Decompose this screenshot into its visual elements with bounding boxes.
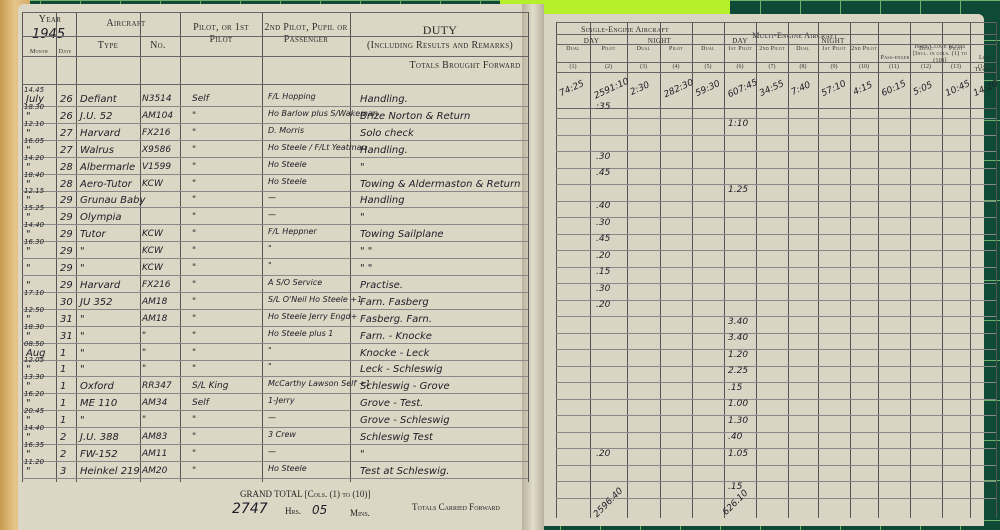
row-aircraft-no: KCW <box>142 179 163 189</box>
row-pilot: Self <box>192 398 209 408</box>
row-time: 11.20 <box>24 458 44 466</box>
row-duty: Solo check <box>360 128 414 139</box>
row-date: 1 <box>60 348 66 359</box>
row-aircraft-type: " <box>80 246 85 257</box>
grid-column-line <box>76 12 77 482</box>
row-duty: Farn. - Knocke <box>360 331 432 342</box>
row-time: 12.50 <box>24 306 44 314</box>
grand-total-minutes: 05 <box>312 503 327 517</box>
row-aircraft-no: KCW <box>142 263 163 273</box>
row-second-pilot: Ho Steele Jerry Engd+ <box>268 312 357 321</box>
row-second-pilot: " <box>268 261 272 270</box>
grid-column-line <box>627 22 628 518</box>
row-aircraft-type: " <box>80 331 85 342</box>
row-divider <box>22 275 528 276</box>
row-duty: " " <box>360 263 372 274</box>
row-date: 29 <box>60 195 73 206</box>
row-pilot: " <box>192 212 196 222</box>
row-divider <box>556 300 996 301</box>
row-divider <box>556 151 996 152</box>
grid-column-line <box>262 12 263 482</box>
row-date: 31 <box>60 314 73 325</box>
single-engine-day-pilot-entry: .20 <box>596 251 610 261</box>
row-time: 20.45 <box>24 407 44 415</box>
row-divider <box>22 207 528 208</box>
column-number: (4) <box>660 64 692 70</box>
hrs-label: Hrs. <box>285 506 301 516</box>
grid-column-line <box>22 12 23 482</box>
row-divider <box>556 217 996 218</box>
row-aircraft-no: FX216 <box>142 128 171 138</box>
row-time: 12.05 <box>24 356 44 364</box>
column-number: (2) <box>590 64 627 70</box>
row-time: 12.10 <box>24 120 44 128</box>
row-pilot: " <box>192 145 196 155</box>
totals-brought-forward-label: Totals Brought Forward <box>400 60 530 72</box>
column-number: (1) <box>556 64 590 70</box>
row-time: 14.20 <box>24 154 44 162</box>
row-divider <box>556 184 996 185</box>
row-aircraft-no: AM104 <box>142 111 173 121</box>
grid-row-line <box>556 72 996 73</box>
duty-subheader: (Including Results and Remarks) <box>350 40 530 52</box>
row-date: 29 <box>60 246 73 257</box>
row-pilot: " <box>192 162 196 172</box>
row-divider <box>556 168 996 169</box>
row-duty: Fasberg. Farn. <box>360 314 432 325</box>
row-aircraft-no: RR347 <box>142 381 172 391</box>
row-divider <box>556 316 996 317</box>
aircraft-header: Aircraft <box>76 18 176 30</box>
type-header: Type <box>76 40 140 52</box>
grid-column-line <box>878 22 879 518</box>
row-time: 16.05 <box>24 137 44 145</box>
row-duty: Schleswig Test <box>360 432 433 443</box>
single-engine-day-pilot-entry: .20 <box>596 300 610 310</box>
multi-engine-day-first-pilot-entry: 1.05 <box>728 449 748 459</box>
row-divider <box>556 250 996 251</box>
row-duty: Towing Sailplane <box>360 229 444 240</box>
row-time: 16.20 <box>24 390 44 398</box>
row-aircraft-no: KCW <box>142 246 163 256</box>
row-divider <box>22 461 528 462</box>
row-duty: Handling. <box>360 145 408 156</box>
grid-column-line <box>350 12 351 482</box>
row-divider <box>22 241 528 242</box>
grid-column-line <box>590 22 591 518</box>
grid-row-line <box>22 56 528 57</box>
single-engine-day-pilot-entry: .30 <box>596 152 610 162</box>
row-divider <box>22 444 528 445</box>
row-divider <box>556 399 996 400</box>
column-number: (13) <box>942 64 970 70</box>
row-divider <box>22 140 528 141</box>
row-aircraft-type: Heinkel 219 <box>80 466 140 477</box>
column-subheader: Pilot <box>660 46 692 53</box>
row-second-pilot: Ho Steele / F/Lt Yeatman <box>268 143 367 152</box>
row-time: 12.15 <box>24 187 44 195</box>
row-divider <box>22 174 528 175</box>
single-engine-day-pilot-entry: .45 <box>596 168 610 178</box>
column-number: (9) <box>818 64 850 70</box>
row-aircraft-no: " <box>142 415 146 425</box>
column-subheader: Dual <box>692 46 724 53</box>
column-number: (12) <box>910 64 942 70</box>
totals-carried-forward-label: Totals Carried Forward <box>412 502 500 512</box>
row-divider <box>556 267 996 268</box>
row-second-pilot: Ho Steele plus 1 <box>268 329 333 338</box>
row-divider <box>22 123 528 124</box>
column-number: (8) <box>788 64 818 70</box>
row-divider <box>556 234 996 235</box>
row-divider <box>556 432 996 433</box>
row-second-pilot: " <box>268 362 272 371</box>
row-divider <box>556 349 996 350</box>
row-duty: Brize Norton & Return <box>360 111 470 122</box>
row-divider <box>22 360 528 361</box>
column-number: (7) <box>756 64 788 70</box>
row-pilot: " <box>192 179 196 189</box>
single-engine-day-pilot-entry: .30 <box>596 284 610 294</box>
row-second-pilot: A S/O Service <box>268 278 322 287</box>
single-engine-day-pilot-entry: .20 <box>596 449 610 459</box>
grid-column-line <box>660 22 661 518</box>
row-pilot: " <box>192 348 196 358</box>
grid-column-line <box>996 22 997 518</box>
multi-engine-day-first-pilot-entry: 1.00 <box>728 399 748 409</box>
row-pilot: Self <box>192 94 209 104</box>
row-second-pilot: F/L Heppner <box>268 227 317 236</box>
duty-header: DUTY <box>350 24 530 36</box>
column-subheader: Pilot <box>590 46 627 53</box>
row-date: 2 <box>60 449 66 460</box>
row-pilot: " <box>192 364 196 374</box>
row-second-pilot: " <box>268 244 272 253</box>
row-divider <box>556 498 996 499</box>
grid-column-line <box>180 12 181 482</box>
multi-engine-day-first-pilot-entry: 3.40 <box>728 333 748 343</box>
grand-total-label: GRAND TOTAL [Cols. (1) to (10)] <box>240 489 370 499</box>
grid-column-line <box>528 12 529 482</box>
row-aircraft-no: V1599 <box>142 162 171 172</box>
row-time: 14.40 <box>24 424 44 432</box>
row-divider <box>556 448 996 449</box>
row-pilot: " <box>192 314 196 324</box>
year-label: Year <box>30 14 70 26</box>
row-divider <box>556 201 996 202</box>
multi-engine-day-first-pilot-entry: 1.25 <box>728 185 748 195</box>
multi-engine-day-first-pilot-entry: 1.30 <box>728 416 748 426</box>
row-aircraft-type: Defiant <box>80 94 117 105</box>
row-divider <box>22 343 528 344</box>
row-date: 1 <box>60 364 66 375</box>
mins-label: Mins. <box>350 508 370 518</box>
single-engine-day-pilot-entry: :35 <box>596 102 610 112</box>
row-second-pilot: — <box>268 447 276 456</box>
row-date: 26 <box>60 111 73 122</box>
row-time: 16.30 <box>24 238 44 246</box>
row-second-pilot: Ho Steele <box>268 177 307 186</box>
row-aircraft-no: " <box>142 331 146 341</box>
column-subheader: Dual <box>556 46 590 53</box>
row-second-pilot: — <box>268 413 276 422</box>
row-aircraft-no: AM34 <box>142 398 167 408</box>
row-aircraft-type: Aero-Tutor <box>80 179 132 190</box>
row-time: 14.40 <box>24 221 44 229</box>
row-aircraft-no: FX216 <box>142 280 171 290</box>
row-divider <box>22 292 528 293</box>
row-aircraft-no: AM11 <box>142 449 167 459</box>
row-date: 28 <box>60 162 73 173</box>
row-pilot: " <box>192 111 196 121</box>
row-divider <box>22 376 528 377</box>
grid-column-line <box>942 22 943 518</box>
row-divider <box>556 415 996 416</box>
row-duty: Farn. Fasberg <box>360 297 429 308</box>
row-aircraft-no: AM18 <box>142 314 167 324</box>
row-second-pilot: McCarthy Lawson Self +1 <box>268 379 371 388</box>
row-date: 29 <box>60 280 73 291</box>
grid-column-line <box>910 22 911 518</box>
row-divider <box>556 366 996 367</box>
row-date: 29 <box>60 229 73 240</box>
row-time: 18.40 <box>24 171 44 179</box>
single-engine-day-pilot-entry: .15 <box>596 267 610 277</box>
column-subheader: 2nd Pilot <box>850 46 878 53</box>
row-date: 1 <box>60 398 66 409</box>
single-engine-day-pilot-entry: .40 <box>596 201 610 211</box>
row-duty: Towing & Aldermaston & Return <box>360 179 520 190</box>
row-second-pilot: " <box>268 346 272 355</box>
row-pilot: " <box>192 128 196 138</box>
row-divider <box>556 465 996 466</box>
column-number: (10) <box>850 64 878 70</box>
row-divider <box>556 333 996 334</box>
column-number: (14) <box>970 64 996 70</box>
row-aircraft-type: Harvard <box>80 280 120 291</box>
row-aircraft-type: " <box>80 348 85 359</box>
row-aircraft-type: Olympia <box>80 212 122 223</box>
row-divider <box>22 157 528 158</box>
row-time: 18.30 <box>24 103 44 111</box>
multi-engine-day-first-pilot-entry: .40 <box>728 432 742 442</box>
row-divider <box>556 283 996 284</box>
row-second-pilot: F/L Hopping <box>268 92 316 101</box>
no-header: No. <box>140 40 176 52</box>
row-duty: Schleswig - Grove <box>360 381 450 392</box>
grid-row-line <box>556 22 996 23</box>
row-aircraft-type: Albermarle <box>80 162 135 173</box>
row-aircraft-type: Tutor <box>80 229 106 240</box>
row-aircraft-type: " <box>80 415 85 426</box>
grid-row-line <box>556 62 996 63</box>
row-duty: Grove - Test. <box>360 398 423 409</box>
row-divider <box>556 481 996 482</box>
single-engine-day-pilot-entry: .30 <box>596 218 610 228</box>
row-duty: " <box>360 162 365 173</box>
row-duty: Test at Schleswig. <box>360 466 449 477</box>
row-pilot: " <box>192 432 196 442</box>
row-time: 17.10 <box>24 289 44 297</box>
row-second-pilot: D. Morris <box>268 126 304 135</box>
column-number: (11) <box>878 64 910 70</box>
row-pilot: " <box>192 280 196 290</box>
row-aircraft-no: " <box>142 348 146 358</box>
grid-row-line <box>556 108 996 109</box>
grid-column-line <box>756 22 757 518</box>
multi-engine-day-first-pilot-entry: .15 <box>728 383 742 393</box>
row-aircraft-type: Oxford <box>80 381 114 392</box>
row-second-pilot: 3 Crew <box>268 430 296 439</box>
column-subheader: 1st Pilot <box>724 46 756 53</box>
row-aircraft-type: J.U. 388 <box>80 432 119 443</box>
grid-column-line <box>970 22 971 518</box>
row-aircraft-no: AM83 <box>142 432 167 442</box>
row-aircraft-type: JU 352 <box>80 297 113 308</box>
row-pilot: S/L King <box>192 381 228 391</box>
row-date: 28 <box>60 179 73 190</box>
row-date: 2 <box>60 432 66 443</box>
row-aircraft-no: N3514 <box>142 94 172 104</box>
row-second-pilot: — <box>268 193 276 202</box>
row-pilot: " <box>192 195 196 205</box>
row-aircraft-type: " <box>80 314 85 325</box>
column-subheader: Dual <box>627 46 660 53</box>
row-date: 1 <box>60 415 66 426</box>
row-date: 31 <box>60 331 73 342</box>
row-pilot: " <box>192 263 196 273</box>
row-divider <box>556 135 996 136</box>
row-second-pilot: S/L O'Neil Ho Steele +1 <box>268 295 362 304</box>
second-pilot-header: 2nd Pilot, Pupil or Passenger <box>264 22 348 46</box>
single-engine-day-pilot-entry: .45 <box>596 234 610 244</box>
multi-engine-day-first-pilot-entry: 3.40 <box>728 317 748 327</box>
row-date: 27 <box>60 145 73 156</box>
row-divider <box>22 427 528 428</box>
row-duty: Handling. <box>360 94 408 105</box>
row-aircraft-type: " <box>80 263 85 274</box>
multi-engine-day-first-pilot-entry: 2.25 <box>728 366 748 376</box>
row-pilot: " <box>192 331 196 341</box>
row-duty: Knocke - Leck <box>360 348 429 359</box>
row-date: 29 <box>60 212 73 223</box>
row-time: 13.30 <box>24 373 44 381</box>
column-number: (5) <box>692 64 724 70</box>
row-second-pilot: Ho Steele <box>268 464 307 473</box>
row-time: 16.35 <box>24 441 44 449</box>
row-date: 27 <box>60 128 73 139</box>
column-subheader: Dual <box>910 46 942 53</box>
row-duty: Practise. <box>360 280 403 291</box>
row-time: 18.30 <box>24 323 44 331</box>
column-number: (3) <box>627 64 660 70</box>
row-divider <box>22 478 528 479</box>
row-aircraft-no: AM20 <box>142 466 167 476</box>
row-date: 3 <box>60 466 66 477</box>
row-divider <box>22 191 528 192</box>
row-aircraft-type: " <box>80 364 85 375</box>
row-aircraft-type: Harvard <box>80 128 120 139</box>
row-month: " <box>26 466 31 477</box>
row-pilot: " <box>192 229 196 239</box>
multi-engine-day-first-pilot-entry: 1.20 <box>728 350 748 360</box>
grid-column-line <box>140 12 141 482</box>
grid-column-line <box>788 22 789 518</box>
row-time: 08.50 <box>24 340 44 348</box>
row-date: 30 <box>60 297 73 308</box>
row-pilot: " <box>192 297 196 307</box>
row-duty: Handling <box>360 195 405 206</box>
row-aircraft-type: FW-152 <box>80 449 118 460</box>
grid-column-line <box>692 22 693 518</box>
column-number: (6) <box>724 64 756 70</box>
year-value: 1945 <box>32 27 65 42</box>
pilot-header: Pilot, or 1st Pilot <box>182 22 260 46</box>
row-second-pilot: — <box>268 210 276 219</box>
row-aircraft-type: Walrus <box>80 145 114 156</box>
grid-row-line <box>22 36 528 37</box>
row-divider <box>556 118 996 119</box>
row-second-pilot: Ho Steele <box>268 160 307 169</box>
row-divider <box>556 382 996 383</box>
row-pilot: " <box>192 415 196 425</box>
grid-column-line <box>850 22 851 518</box>
row-aircraft-type: J.U. 52 <box>80 111 113 122</box>
row-duty: Grove - Schleswig <box>360 415 450 426</box>
row-divider <box>22 309 528 310</box>
row-date: 1 <box>60 381 66 392</box>
row-aircraft-type: ME 110 <box>80 398 117 409</box>
row-divider <box>22 224 528 225</box>
row-month: " <box>26 263 31 274</box>
row-time: 15.25 <box>24 204 44 212</box>
grid-column-line <box>724 22 725 518</box>
row-date: 26 <box>60 94 73 105</box>
row-divider <box>22 106 528 107</box>
row-pilot: " <box>192 246 196 256</box>
grid-column-line <box>556 22 557 518</box>
row-second-pilot: 1-Jerry <box>268 396 295 405</box>
grid-row-line <box>22 84 528 85</box>
row-divider <box>22 326 528 327</box>
row-month: " <box>26 246 31 257</box>
column-subheader: Dual <box>788 46 818 53</box>
row-time: 14.45 <box>24 86 44 94</box>
multi-engine-day-first-pilot-entry: 1:10 <box>728 119 748 129</box>
row-aircraft-no: X9586 <box>142 145 171 155</box>
row-aircraft-no: KCW <box>142 229 163 239</box>
row-aircraft-no: AM18 <box>142 297 167 307</box>
grid-row-line <box>22 12 528 13</box>
row-divider <box>22 393 528 394</box>
column-subheader: 2nd Pilot <box>756 46 788 53</box>
row-aircraft-type: Grunau Baby <box>80 195 145 206</box>
column-subheader: 1st Pilot <box>818 46 850 53</box>
row-pilot: " <box>192 449 196 459</box>
row-duty: " " <box>360 246 372 257</box>
row-aircraft-no: " <box>142 364 146 374</box>
grid-column-line <box>56 12 57 482</box>
row-duty: " <box>360 212 365 223</box>
grand-total-hours: 2747 <box>232 501 268 517</box>
row-divider <box>22 258 528 259</box>
book-spine <box>522 4 544 530</box>
row-pilot: " <box>192 466 196 476</box>
row-divider <box>22 410 528 411</box>
row-duty: " <box>360 449 365 460</box>
column-subheader: Pilot <box>942 46 970 53</box>
row-date: 29 <box>60 263 73 274</box>
